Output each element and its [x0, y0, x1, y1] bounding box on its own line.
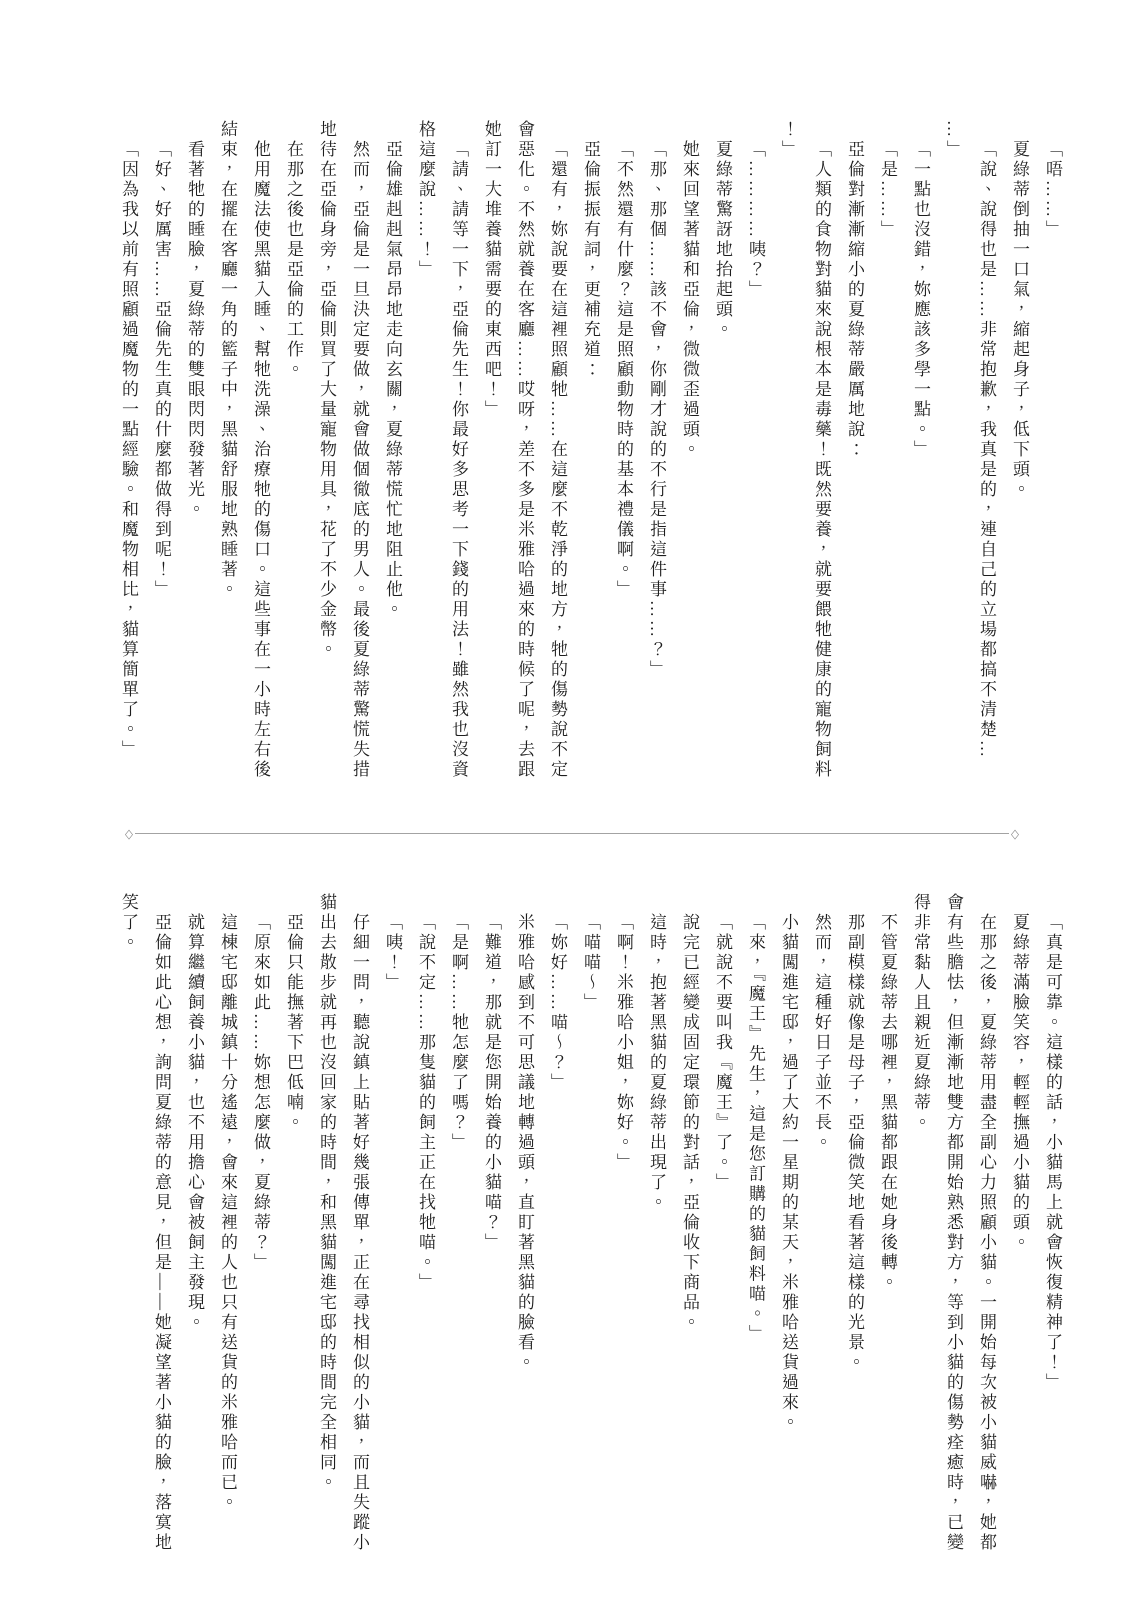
- paragraph: 「還有，妳說要在這裡照顧牠……在這麼不乾淨的地方，牠的傷勢說不定會惡化。不然就養…: [475, 120, 574, 785]
- paragraph: 就算繼續飼養小貓，也不用擔心會被飼主發現。: [178, 893, 211, 1558]
- paragraph: 「說、說得也是……非常抱歉，我真是的，連自己的立場都搞不清楚……」: [937, 120, 1003, 785]
- paragraph: 「說不定……那隻貓的飼主正在找牠喵。」: [409, 893, 442, 1558]
- paragraph: 「一點也沒錯，妳應該多學一點。」: [904, 120, 937, 785]
- paragraph: 然而，亞倫是一旦決定要做，就會做個徹底的男人。最後夏綠蒂驚慌失措地待在亞倫身旁，…: [310, 120, 376, 785]
- paragraph: 這棟宅邸離城鎮十分遙遠，會來這裡的人也只有送貨的米雅哈而已。: [211, 893, 244, 1558]
- paragraph: 「咦！」: [376, 893, 409, 1558]
- paragraph: 「原來如此……妳想怎麼做，夏綠蒂？」: [244, 893, 277, 1558]
- paragraph: 看著牠的睡臉，夏綠蒂的雙眼閃閃發著光。: [178, 120, 211, 785]
- paragraph: 「是……」: [871, 120, 904, 785]
- paragraph: 「好、好厲害……亞倫先生真的什麼都做得到呢！」: [145, 120, 178, 785]
- paragraph: 「唔……」: [1036, 120, 1069, 785]
- paragraph: 亞倫振振有詞，更補充道：: [574, 120, 607, 785]
- book-page-scan: { "page": { "background_color": "#ffffff…: [0, 0, 1129, 1600]
- paragraph: 在那之後，夏綠蒂用盡全副心力照顧小貓。一開始每次被小貓威嚇，她都會有些膽怯，但漸…: [904, 893, 1003, 1558]
- paragraph: 他用魔法使黑貓入睡、幫牠洗澡、治療牠的傷口。這些事在一小時左右後結束，在擺在客廳…: [211, 120, 277, 785]
- paragraph: 「難道，那就是您開始養的小貓喵？」: [475, 893, 508, 1558]
- paragraph: 「請、請等一下，亞倫先生！你最好多思考一下錢的用法！雖然我也沒資格這麼說……！」: [409, 120, 475, 785]
- paragraph: 「那、那個……該不會，你剛才說的不行是指這件事……？」: [640, 120, 673, 785]
- diamond-ornament-right-icon: ◇: [1011, 827, 1019, 840]
- paragraph: 小貓闖進宅邸，過了大約一星期的某天，米雅哈送貨過來。: [772, 893, 805, 1558]
- paragraph: 米雅哈感到不可思議地轉過頭，直盯著黑貓的臉看。: [508, 893, 541, 1558]
- paragraph: 「因為我以前有照顧過魔物的一點經驗。和魔物相比，貓算簡單了。」: [112, 120, 145, 785]
- paragraph: 「喵喵～」: [574, 893, 607, 1558]
- paragraph: 亞倫雄赳赳氣昂昂地走向玄關，夏綠蒂慌忙地阻止他。: [376, 120, 409, 785]
- paragraph: 夏綠蒂滿臉笑容，輕輕撫過小貓的頭。: [1003, 893, 1036, 1558]
- diamond-ornament-left-icon: ◇: [125, 827, 133, 840]
- paragraph: 「不然還有什麼？這是照顧動物時的基本禮儀啊。」: [607, 120, 640, 785]
- paragraph: 亞倫如此心想，詢問夏綠蒂的意見，但是——她凝望著小貓的臉，落寞地笑了。: [112, 893, 178, 1558]
- paragraph: 「真是可靠。這樣的話，小貓馬上就會恢復精神了！」: [1036, 893, 1069, 1558]
- bottom-page-text: 「真是可靠。這樣的話，小貓馬上就會恢復精神了！」夏綠蒂滿臉笑容，輕輕撫過小貓的頭…: [112, 893, 1069, 1558]
- paragraph: 那副模樣就像是母子，亞倫微笑地看著這樣的光景。: [838, 893, 871, 1558]
- paragraph: 她來回望著貓和亞倫，微微歪過頭。: [673, 120, 706, 785]
- paragraph: 夏綠蒂驚訝地抬起頭。: [706, 120, 739, 785]
- paragraph: 「就說不要叫我『魔王』了。」: [706, 893, 739, 1558]
- paragraph: 這時，抱著黑貓的夏綠蒂出現了。: [640, 893, 673, 1558]
- paragraph: 「妳好……喵～？」: [541, 893, 574, 1558]
- paragraph: 「啊！米雅哈小姐，妳好。」: [607, 893, 640, 1558]
- paragraph: 仔細一問，聽說鎮上貼著好幾張傳單，正在尋找相似的小貓，而且失蹤小貓出去散步就再也…: [310, 893, 376, 1558]
- paragraph: 不管夏綠蒂去哪裡，黑貓都跟在她身後轉。: [871, 893, 904, 1558]
- top-page-text: 「唔……」夏綠蒂倒抽一口氣，縮起身子，低下頭。「說、說得也是……非常抱歉，我真是…: [112, 120, 1069, 785]
- paragraph: 然而，這種好日子並不長。: [805, 893, 838, 1558]
- paragraph: 「來，『魔王』先生，這是您訂購的貓飼料喵。」: [739, 893, 772, 1558]
- paragraph: 說完已經變成固定環節的對話，亞倫收下商品。: [673, 893, 706, 1558]
- divider-line: [135, 833, 1009, 834]
- paragraph: 夏綠蒂倒抽一口氣，縮起身子，低下頭。: [1003, 120, 1036, 785]
- paragraph: 在那之後也是亞倫的工作。: [277, 120, 310, 785]
- section-divider: ◇ ◇: [124, 826, 1020, 840]
- paragraph: 亞倫只能撫著下巴低喃。: [277, 893, 310, 1558]
- paragraph: 「人類的食物對貓來說根本是毒藥！既然要養，就要餵牠健康的寵物飼料！」: [772, 120, 838, 785]
- paragraph: 亞倫對漸漸縮小的夏綠蒂嚴厲地說：: [838, 120, 871, 785]
- paragraph: 「…………咦？」: [739, 120, 772, 785]
- paragraph: 「是啊……牠怎麼了嗎？」: [442, 893, 475, 1558]
